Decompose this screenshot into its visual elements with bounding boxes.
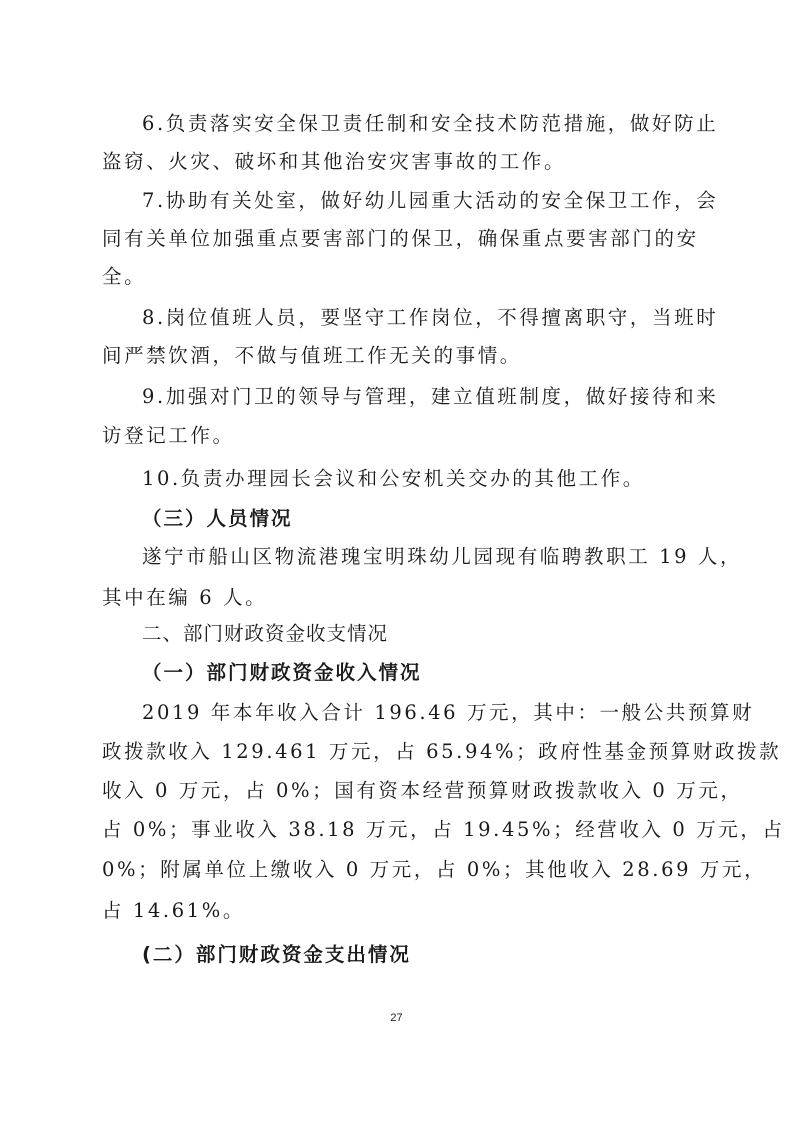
paragraph-line: 盗窃、火灾、破坏和其他治安灾害事故的工作。	[102, 150, 694, 174]
paragraph-line: 全。	[102, 265, 694, 289]
paragraph-line: 其中在编 6 人。	[102, 586, 694, 610]
section-heading: （三）人员情况	[142, 507, 694, 531]
section-heading: 二、部门财政资金收支情况	[142, 622, 694, 646]
paragraph-line: 9.加强对门卫的领导与管理，建立值班制度，做好接待和来	[142, 385, 694, 409]
paragraph-line: 10.负责办理园长会议和公安机关交办的其他工作。	[142, 467, 694, 491]
paragraph-line: 2019 年本年收入合计 196.46 万元，其中：一般公共预算财	[142, 701, 694, 725]
document-page: 6.负责落实安全保卫责任制和安全技术防范措施，做好防止盗窃、火灾、破坏和其他治安…	[0, 0, 793, 1122]
paragraph-line: 6.负责落实安全保卫责任制和安全技术防范措施，做好防止	[142, 112, 694, 136]
paragraph-line: 同有关单位加强重点要害部门的保卫，确保重点要害部门的安	[102, 227, 694, 251]
paragraph-line: 占 0%；事业收入 38.18 万元，占 19.45%；经营收入 0 万元，占	[102, 818, 694, 842]
paragraph-line: 间严禁饮酒，不做与值班工作无关的事情。	[102, 344, 694, 368]
paragraph-line: 8.岗位值班人员，要坚守工作岗位，不得擅离职守，当班时	[142, 306, 694, 330]
paragraph-line: 收入 0 万元，占 0%；国有资本经营预算财政拨款收入 0 万元，	[102, 779, 694, 803]
paragraph-line: 占 14.61%。	[102, 899, 694, 923]
paragraph-line: 遂宁市船山区物流港瑰宝明珠幼儿园现有临聘教职工 19 人，	[142, 545, 694, 569]
section-heading: (二）部门财政资金支出情况	[142, 943, 694, 967]
paragraph-line: 政拨款收入 129.461 万元，占 65.94%；政府性基金预算财政拨款	[102, 740, 694, 764]
paragraph-line: 0%；附属单位上缴收入 0 万元，占 0%；其他收入 28.69 万元，	[102, 858, 694, 882]
paragraph-line: 7.协助有关处室，做好幼儿园重大活动的安全保卫工作，会	[142, 189, 694, 213]
page-number: 27	[0, 1012, 793, 1024]
section-heading: （一）部门财政资金收入情况	[142, 661, 694, 685]
paragraph-line: 访登记工作。	[102, 424, 694, 448]
